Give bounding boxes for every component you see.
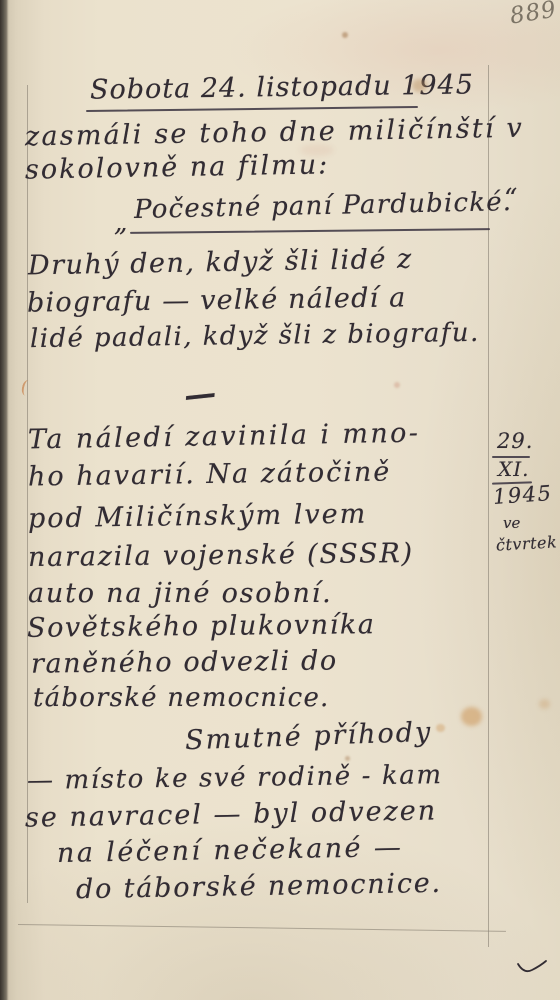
film-title-close-quote: “ (504, 186, 517, 212)
journal-line: lidé padali, když šli z biografu. (30, 320, 480, 352)
film-title: Počestné paní Pardubické. (134, 189, 513, 223)
section-divider-dash: — (182, 376, 217, 411)
film-title-open-quote: „ (114, 210, 127, 236)
stain (345, 756, 350, 761)
ruled-border-bottom (18, 924, 506, 932)
margin-note-prefix: ve (503, 516, 520, 531)
title-underline (86, 106, 418, 112)
page-number: 889 (508, 0, 558, 29)
margin-note-day: 29. (497, 431, 533, 452)
stain (436, 724, 445, 732)
entry-date-title: Sobota 24. listopadu 1945 (90, 71, 474, 103)
journal-line: Sovětského plukovníka (27, 611, 376, 642)
journal-line: zasmáli se toho dne miličínští v (25, 115, 524, 151)
journal-line: Ta náledí zavinila i mno- (28, 420, 421, 454)
journal-line: auto na jiné osobní. (28, 580, 332, 607)
stain (342, 32, 348, 38)
stain (394, 382, 400, 388)
entry-subheading: Smutné příhody (185, 719, 433, 755)
journal-line: sokolovně na filmu: (25, 151, 330, 183)
journal-line: ho havarií. Na zátočině (28, 458, 392, 490)
journal-line: — místo ke své rodině - kam (27, 762, 443, 794)
stain (539, 699, 550, 709)
stain (20, 379, 33, 397)
margin-note-weekday: čtvrtek (496, 534, 558, 553)
stain (461, 707, 482, 726)
journal-line: biografu — velké náledí a (27, 284, 407, 316)
journal-line: pod Miličínským lvem (28, 501, 368, 533)
journal-line: Druhý den, když šli lidé z (28, 246, 413, 280)
journal-page: 889 Sobota 24. listopadu 1945 zasmáli se… (0, 0, 560, 1000)
check-mark-icon (516, 958, 548, 976)
journal-line: táborské nemocnice. (33, 685, 330, 711)
margin-note-month: XI. (498, 459, 530, 479)
page-edge (0, 0, 9, 1000)
journal-line: na léčení nečekané — (57, 834, 404, 867)
film-title-underline (130, 228, 490, 233)
journal-line: do táborské nemocnice. (76, 870, 442, 903)
margin-note-year: 1945 (492, 483, 553, 508)
journal-line: raněného odvezli do (31, 647, 338, 677)
journal-line: narazila vojenské (SSSR) (28, 540, 414, 571)
journal-line: se navracel — byl odvezen (25, 797, 438, 831)
